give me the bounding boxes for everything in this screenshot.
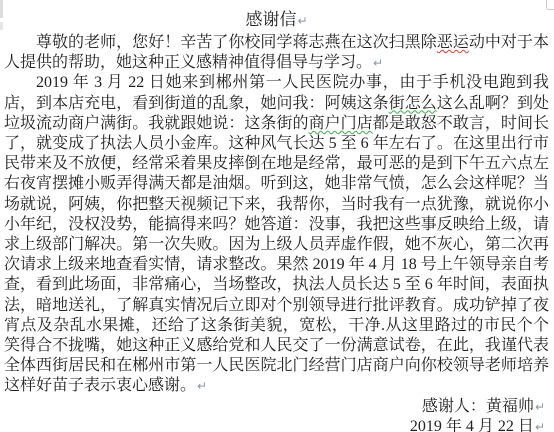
paragraph-mark-icon: ↵ [373,56,383,70]
window-edge-artifact [0,22,3,30]
signer-text: 感谢人：黄福帅 [422,398,534,415]
paragraph-mark-icon: ↵ [535,400,545,414]
date-line: 2019 年 4 月 22 日↵ [4,417,545,432]
date-text: 2019 年 4 月 22 日 [410,418,534,432]
paragraph-mark-icon: ↵ [535,420,545,432]
paragraph-greeting: 尊敬的老师，您好！辛苦了你校同学蒋志燕在这次扫黑除恶运动中对于本人提供的帮助，她… [4,33,549,73]
text-segment: 都是敢怒不敢言，时间长了，就变成了执法人员小金库。这种风气长达 5 至 6 年左… [4,115,549,395]
signature-line: 感谢人：黄福帅↵ [4,397,545,417]
paragraph-mark-icon: ↵ [197,379,207,393]
letter-paragraphs: 尊敬的老师，您好！辛苦了你校同学蒋志燕在这次扫黑除恶运动中对于本人提供的帮助，她… [4,33,549,397]
text-segment: 尊敬的老师，您好！辛苦了你校同学蒋志燕在这次扫黑除 [36,34,437,51]
window-edge-artifact [0,0,3,18]
letter-title-text: 感谢信 [245,10,296,29]
letter-closing: 感谢人：黄福帅↵ 2019 年 4 月 22 日↵ [4,397,549,432]
letter-title: 感谢信↵ [4,8,549,33]
document-page: 感谢信↵ 尊敬的老师，您好！辛苦了你校同学蒋志燕在这次扫黑除恶运动中对于本人提供… [0,0,554,432]
window-corner-artifact [546,0,554,10]
paragraph-mark-icon: ↵ [297,14,307,28]
grammar-error-text: 商户门店 [309,115,373,132]
grammar-error-text: 街怎么 [389,95,437,112]
paragraph-body: 2019 年 3 月 22 日她来到郴州第一人民医院办事，由于手机没电跑到我店，… [4,73,549,396]
spelling-error-text: 恶运 [437,34,469,51]
